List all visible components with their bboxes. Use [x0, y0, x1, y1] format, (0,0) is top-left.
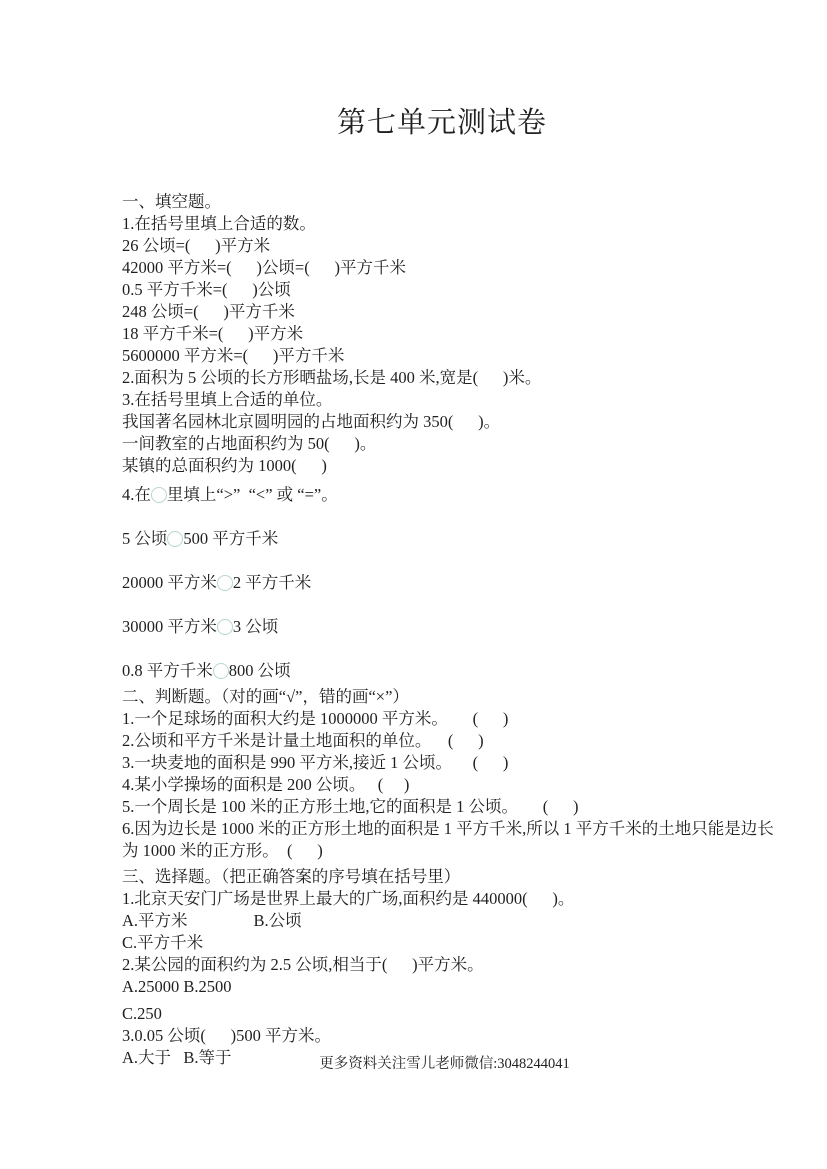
unit-fill-line: 一间教室的占地面积约为 50( )。: [122, 433, 782, 455]
q2-question: 2.面积为 5 公顷的长方形晒盐场,长是 400 米,宽是( )米。: [122, 367, 782, 389]
q1-instruction: 1.在括号里填上合适的数。: [122, 213, 782, 235]
judge-line: 3.一块麦地的面积是 990 平方米,接近 1 公顷。 ( ): [122, 752, 782, 774]
choice-options: C.平方千米: [122, 932, 782, 954]
conversion-line: 26 公顷=( )平方米: [122, 235, 782, 257]
section-1-heading: 一、填空题。: [122, 191, 782, 213]
conversion-line: 42000 平方米=( )公顷=( )平方千米: [122, 257, 782, 279]
comparison-circle-icon: [167, 531, 183, 547]
test-paper-page: 第七单元测试卷 一、填空题。1.在括号里填上合适的数。26 公顷=( )平方米4…: [0, 0, 827, 1169]
judge-line: 1.一个足球场的面积大约是 1000000 平方米。 ( ): [122, 708, 782, 730]
compare-line: 0.8 平方千米800 公顷: [122, 660, 782, 682]
comparison-circle-icon: [213, 663, 229, 679]
document-body: 一、填空题。1.在括号里填上合适的数。26 公顷=( )平方米42000 平方米…: [122, 187, 782, 1069]
judge-line-continued: 为 1000 米的正方形。 ( ): [122, 840, 782, 862]
page-title: 第七单元测试卷: [122, 100, 762, 141]
conversion-line: 0.5 平方千米=( )公顷: [122, 279, 782, 301]
compare-line: 5 公顷500 平方千米: [122, 528, 782, 550]
compare-line: 30000 平方米3 公顷: [122, 616, 782, 638]
choice-question: 1.北京天安门广场是世界上最大的广场,面积约是 440000( )。: [122, 888, 782, 910]
judge-line: 4.某小学操场的面积是 200 公顷。 ( ): [122, 774, 782, 796]
q4-instruction: 4.在里填上“>” “<” 或 “=”。: [122, 484, 782, 506]
conversion-line: 5600000 平方米=( )平方千米: [122, 345, 782, 367]
unit-fill-line: 某镇的总面积约为 1000( ): [122, 455, 782, 477]
choice-options: C.250: [122, 1003, 782, 1025]
choice-options: A.25000 B.2500: [122, 976, 782, 998]
q3-instruction: 3.在括号里填上合适的单位。: [122, 389, 782, 411]
section-3-heading: 三、选择题。（把正确答案的序号填在括号里）: [122, 866, 782, 888]
compare-line: 20000 平方米2 平方千米: [122, 572, 782, 594]
comparison-circle-icon: [151, 487, 167, 503]
conversion-line: 248 公顷=( )平方千米: [122, 301, 782, 323]
comparison-circle-icon: [217, 619, 233, 635]
comparison-circle-icon: [217, 575, 233, 591]
choice-options: A.平方米 B.公顷: [122, 910, 782, 932]
judge-line: 5.一个周长是 100 米的正方形土地,它的面积是 1 公顷。 ( ): [122, 796, 782, 818]
unit-fill-line: 我国著名园林北京圆明园的占地面积约为 350( )。: [122, 411, 782, 433]
choice-question: 3.0.05 公顷( )500 平方米。: [122, 1025, 782, 1047]
conversion-line: 18 平方千米=( )平方米: [122, 323, 782, 345]
judge-line: 6.因为边长是 1000 米的正方形土地的面积是 1 平方千米,所以 1 平方千…: [122, 818, 782, 840]
section-2-heading: 二、判断题。（对的画“√”，错的画“×”）: [122, 686, 782, 708]
footer-note: 更多资料关注雪儿老师微信:3048244041: [122, 1052, 767, 1073]
judge-line: 2.公顷和平方千米是计量土地面积的单位。 ( ): [122, 730, 782, 752]
choice-question: 2.某公园的面积约为 2.5 公顷,相当于( )平方米。: [122, 954, 782, 976]
